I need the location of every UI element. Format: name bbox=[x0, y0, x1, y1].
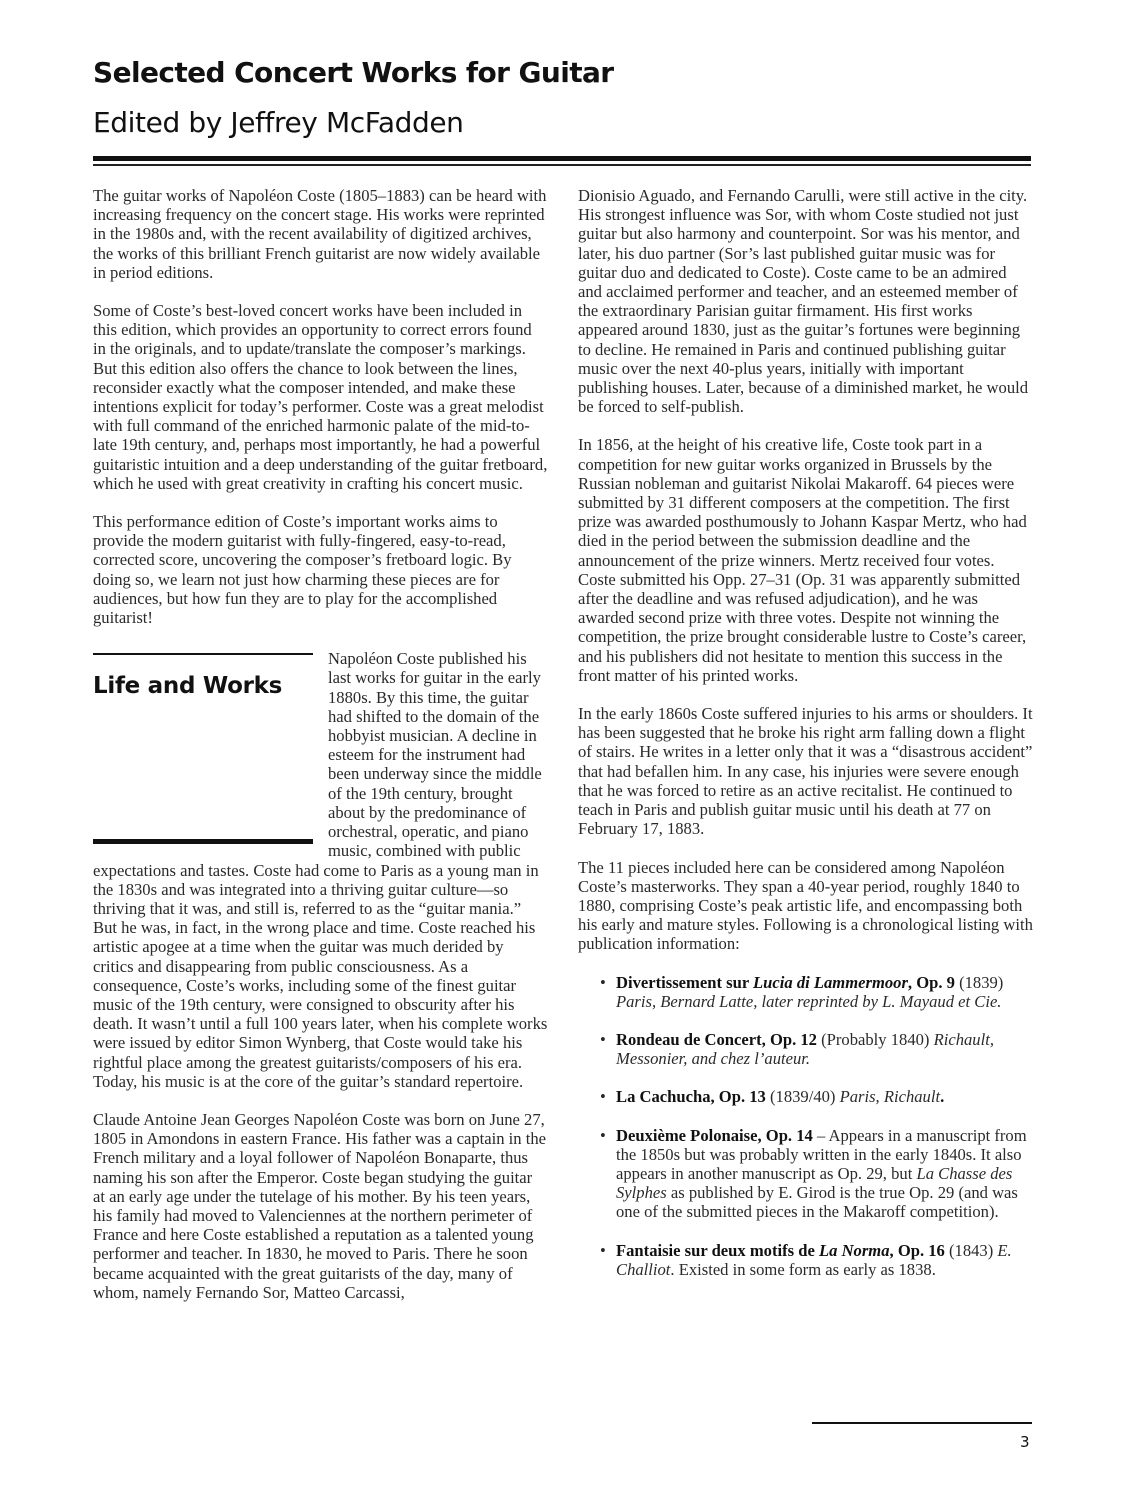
works-list: • Divertissement sur Lucia di Lammermoor… bbox=[578, 973, 1034, 1279]
work-title: La Cachucha, Op. 13 bbox=[616, 1087, 766, 1106]
work-title: Deuxième Polonaise, Op. 14 bbox=[616, 1126, 813, 1145]
work-opus: , Op. 9 bbox=[908, 973, 955, 992]
work-date: (1839) bbox=[955, 973, 1003, 992]
page-number: 3 bbox=[1020, 1433, 1030, 1451]
work-date: (1839/40) bbox=[766, 1087, 840, 1106]
body-paragraph: Dionisio Aguado, and Fernando Carulli, w… bbox=[578, 186, 1034, 416]
bullet-icon: • bbox=[600, 1241, 606, 1260]
section-heading-block: Life and Works bbox=[93, 649, 325, 846]
work-date: (1843) bbox=[945, 1241, 998, 1260]
work-date: (Probably 1840) bbox=[817, 1030, 934, 1049]
body-paragraph: In 1856, at the height of his creative l… bbox=[578, 435, 1034, 685]
document-title: Selected Concert Works for Guitar bbox=[93, 56, 614, 89]
works-list-item: • Fantaisie sur deux motifs de La Norma,… bbox=[600, 1241, 1034, 1279]
body-paragraph: The 11 pieces included here can be consi… bbox=[578, 858, 1034, 954]
section-rule-top bbox=[93, 653, 313, 655]
work-title: Fantaisie sur deux motifs de bbox=[616, 1241, 819, 1260]
intro-paragraph: The guitar works of Napoléon Coste (1805… bbox=[93, 186, 548, 282]
work-opus: , Op. 16 bbox=[890, 1241, 945, 1260]
bullet-icon: • bbox=[600, 1087, 606, 1106]
header-rule-thick bbox=[93, 156, 1031, 161]
bullet-icon: • bbox=[600, 973, 606, 992]
work-note: . bbox=[940, 1087, 944, 1106]
works-list-item: • La Cachucha, Op. 13 (1839/40) Paris, R… bbox=[600, 1087, 1034, 1106]
section-rule-bottom bbox=[93, 839, 313, 844]
footer-rule bbox=[812, 1422, 1032, 1424]
section-heading: Life and Works bbox=[93, 677, 282, 696]
right-column: Dionisio Aguado, and Fernando Carulli, w… bbox=[578, 186, 1034, 1298]
bullet-icon: • bbox=[600, 1126, 606, 1145]
work-note: . Existed in some form as early as 1838. bbox=[670, 1260, 935, 1279]
work-title: Divertissement sur bbox=[616, 973, 753, 992]
work-publisher: Paris, Bernard Latte, later reprinted by… bbox=[616, 992, 1001, 1011]
intro-paragraph: Some of Coste’s best-loved concert works… bbox=[93, 301, 548, 493]
document-subtitle: Edited by Jeffrey McFadden bbox=[93, 106, 464, 139]
works-list-item: • Divertissement sur Lucia di Lammermoor… bbox=[600, 973, 1034, 1011]
work-publisher: Paris, Richault bbox=[840, 1087, 940, 1106]
work-note: as published by E. Girod is the true Op.… bbox=[616, 1183, 1018, 1221]
life-paragraph: Claude Antoine Jean Georges Napoléon Cos… bbox=[93, 1110, 548, 1302]
intro-paragraph: This performance edition of Coste’s impo… bbox=[93, 512, 548, 627]
body-paragraph: In the early 1860s Coste suffered injuri… bbox=[578, 704, 1034, 838]
work-title-italic: La Norma bbox=[819, 1241, 890, 1260]
work-title: Rondeau de Concert, Op. 12 bbox=[616, 1030, 817, 1049]
works-list-item: • Deuxième Polonaise, Op. 14 – Appears i… bbox=[600, 1126, 1034, 1222]
works-list-item: • Rondeau de Concert, Op. 12 (Probably 1… bbox=[600, 1030, 1034, 1068]
header-rule-thin bbox=[93, 164, 1031, 166]
left-column: The guitar works of Napoléon Coste (1805… bbox=[93, 186, 548, 1321]
bullet-icon: • bbox=[600, 1030, 606, 1049]
work-title-italic: Lucia di Lammermoor bbox=[753, 973, 908, 992]
